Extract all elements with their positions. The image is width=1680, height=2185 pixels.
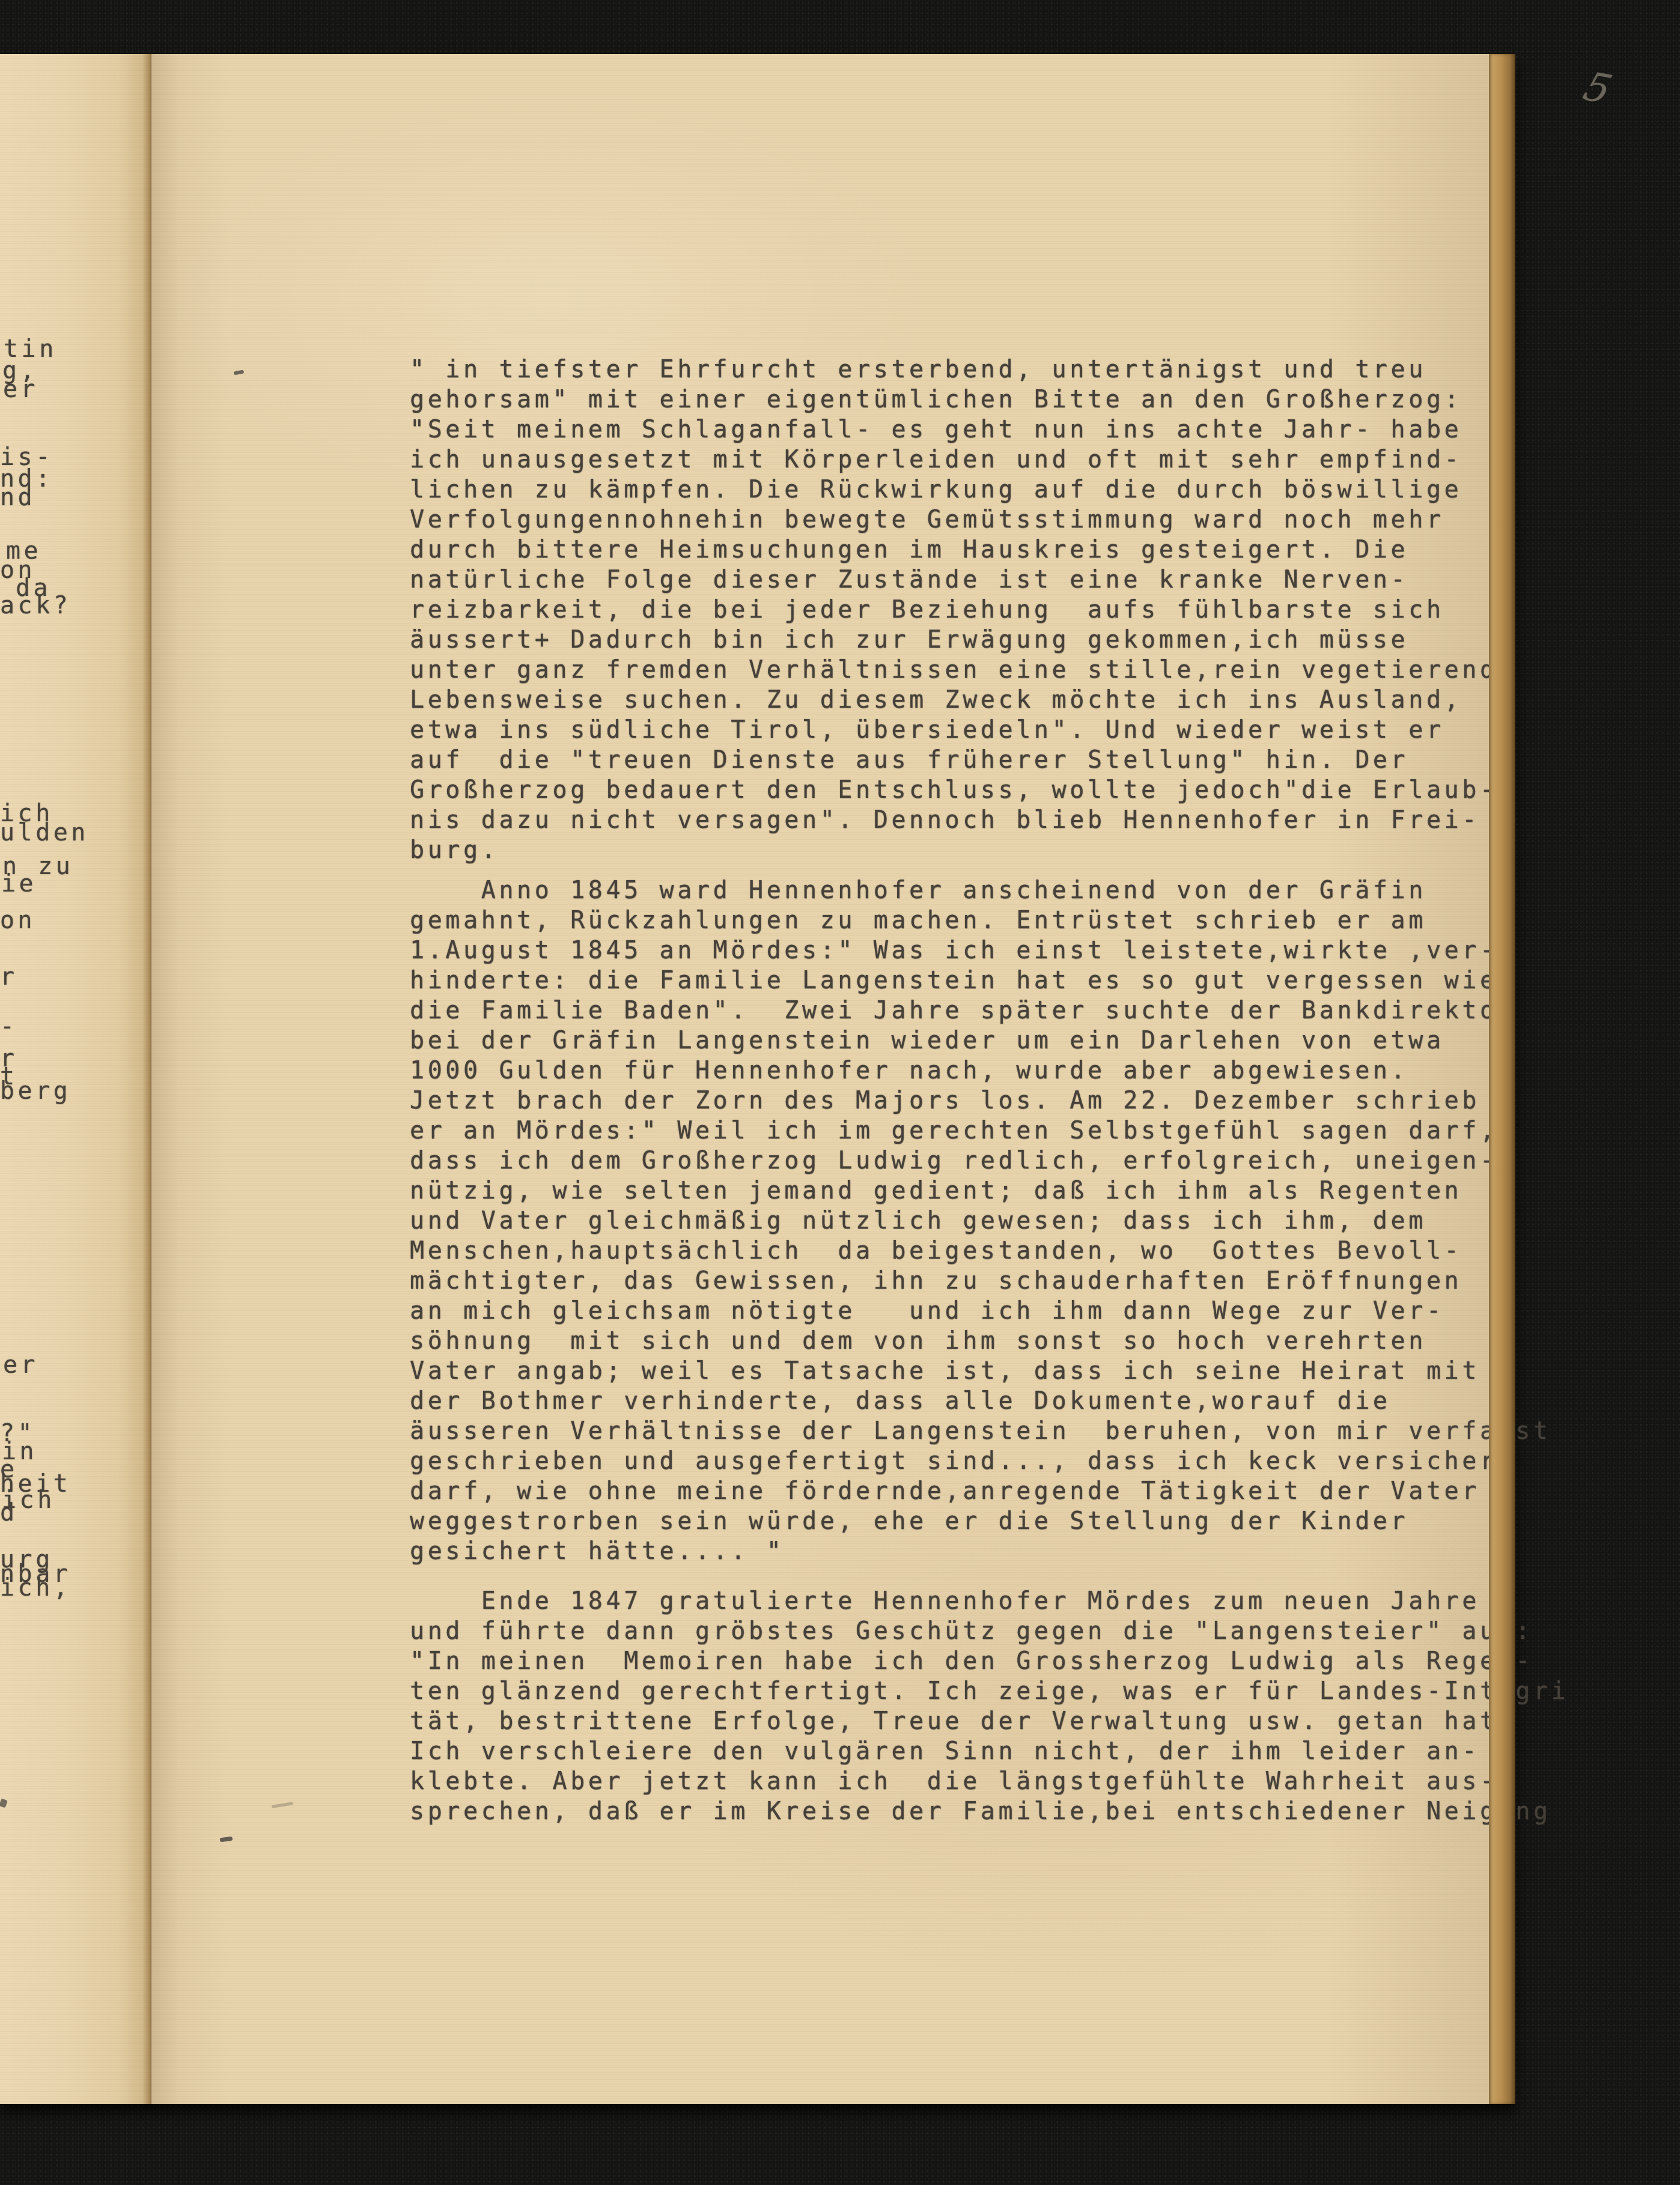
typewritten-line: und Vater gleichmäßig nützlich gewesen; … [410,1206,1624,1236]
typewritten-line: darf, wie ohne meine fördernde,anregende… [410,1476,1624,1506]
text-fragment: - [0,1015,18,1039]
typewritten-line: Menschen,hauptsächlich da beigestanden, … [410,1236,1624,1266]
text-fragment: r [0,965,18,989]
typewritten-line: lichen zu kämpfen. Die Rückwirkung auf d… [410,475,1624,505]
typewritten-line: an mich gleichsam nötigte und ich ihm da… [410,1296,1624,1326]
typewritten-line: gemahnt, Rückzahlungen zu machen. Entrüs… [410,905,1624,935]
typewritten-line: Ende 1847 gratulierte Hennenhofer Mördes… [410,1586,1624,1616]
typewritten-line: ich unausgesetzt mit Körperleiden und of… [410,445,1624,475]
book-scan: ting,eris-nd:ndmeondaack?ichuldenn zuieo… [0,0,1680,2185]
typewritten-line: reizbarkeit, die bei jeder Beziehung auf… [410,595,1624,625]
typewritten-line: Großherzog bedauert den Entschluss, woll… [410,775,1624,805]
typewritten-line: Lebensweise suchen. Zu diesem Zweck möch… [410,685,1624,715]
typewritten-line: Jetzt brach der Zorn des Majors los. Am … [410,1086,1624,1116]
typewritten-line: unter ganz fremden Verhältnissen eine st… [410,655,1624,685]
typewritten-line: sprechen, daß er im Kreise der Familie,b… [410,1796,1624,1826]
text-fragment: berg [0,1079,71,1103]
typewritten-text-column: " in tiefster Ehrfurcht ersterbend, unte… [410,354,1624,1826]
typewritten-line: natürliche Folge dieser Zustände ist ein… [410,565,1624,595]
typewritten-line: "In meinen Memoiren habe ich den Grosshe… [410,1646,1624,1676]
paragraph: Anno 1845 ward Hennenhofer anscheinend v… [410,875,1624,1566]
typewritten-line: burg. [410,835,1624,865]
typewritten-line: tät, bestrittene Erfolge, Treue der Verw… [410,1706,1624,1736]
previous-page-edge: ting,eris-nd:ndmeondaack?ichuldenn zuieo… [0,54,151,2104]
typewritten-line: er an Mördes:" Weil ich im gerechten Sel… [410,1116,1624,1146]
typewritten-line: gesichert hätte.... " [410,1536,1624,1566]
page-block-fore-edge [1489,54,1515,2104]
paragraph: Ende 1847 gratulierte Hennenhofer Mördes… [410,1586,1624,1826]
typewritten-line: auf die "treuen Dienste aus früherer Ste… [410,745,1624,775]
text-fragment: er [3,1353,38,1377]
document-page: 5 " in tiefster Ehrfurcht ersterbend, un… [151,54,1489,2104]
typewritten-line: " in tiefster Ehrfurcht ersterbend, unte… [410,354,1624,384]
text-fragment: on [0,908,35,932]
paper-area: ting,eris-nd:ndmeondaack?ichuldenn zuieo… [0,54,1515,2104]
typewritten-line: bei der Gräfin Langenstein wieder um ein… [410,1026,1624,1056]
typewritten-line: durch bittere Heimsuchungen im Hauskreis… [410,535,1624,565]
typewritten-line: Ich verschleiere den vulgären Sinn nicht… [410,1736,1624,1766]
typewritten-line: äusseren Verhältnisse der Langenstein be… [410,1416,1624,1446]
typewritten-line: etwa ins südliche Tirol, übersiedeln". U… [410,715,1624,745]
typewritten-line: die Familie Baden". Zwei Jahre später su… [410,995,1624,1026]
typewritten-line: gehorsam" mit einer eigentümlichen Bitte… [410,384,1624,415]
text-fragment: ulden [0,821,89,845]
typewritten-line: ten glänzend gerechtfertigt. Ich zeige, … [410,1676,1624,1706]
typewritten-line: und führte dann gröbstes Geschütz gegen … [410,1616,1624,1646]
text-fragment: ack? [0,594,71,618]
handwritten-page-number: 5 [1578,64,1617,112]
typewritten-line: Verfolgungennohnehin bewegte Gemütsstimm… [410,505,1624,535]
typewritten-line: weggestrorben sein würde, ehe er die Ste… [410,1506,1624,1536]
typewritten-line: söhnung mit sich und dem von ihm sonst s… [410,1326,1624,1356]
text-fragment: ich, [0,1576,71,1600]
text-fragment: d [0,1501,18,1525]
typewritten-line: äussert+ Dadurch bin ich zur Erwägung ge… [410,625,1624,655]
typewritten-line: hinderte: die Familie Langenstein hat es… [410,965,1624,995]
typewritten-line: 1000 Gulden für Hennenhofer nach, wurde … [410,1056,1624,1086]
typewritten-line: 1.August 1845 an Mördes:" Was ich einst … [410,935,1624,965]
typewritten-line: Vater angab; weil es Tatsache ist, dass … [410,1356,1624,1386]
typewritten-line: geschrieben und ausgefertigt sind..., da… [410,1446,1624,1476]
typewritten-line: klebte. Aber jetzt kann ich die längstge… [410,1766,1624,1796]
typewritten-line: der Bothmer verhinderte, dass alle Dokum… [410,1386,1624,1416]
typewritten-line: dass ich dem Großherzog Ludwig redlich, … [410,1146,1624,1176]
typewritten-line: mächtigter, das Gewissen, ihn zu schaude… [410,1266,1624,1296]
typewritten-line: nützig, wie selten jemand gedient; daß i… [410,1176,1624,1206]
text-fragment: nd [0,485,35,509]
typewritten-line: nis dazu nicht versagen". Dennoch blieb … [410,805,1624,835]
paragraph: " in tiefster Ehrfurcht ersterbend, unte… [410,354,1624,865]
typewritten-line: Anno 1845 ward Hennenhofer anscheinend v… [410,875,1624,905]
typewritten-line: "Seit meinem Schlaganfall- es geht nun i… [410,415,1624,445]
text-fragment: ie [1,872,37,896]
text-fragment: er [3,377,38,401]
